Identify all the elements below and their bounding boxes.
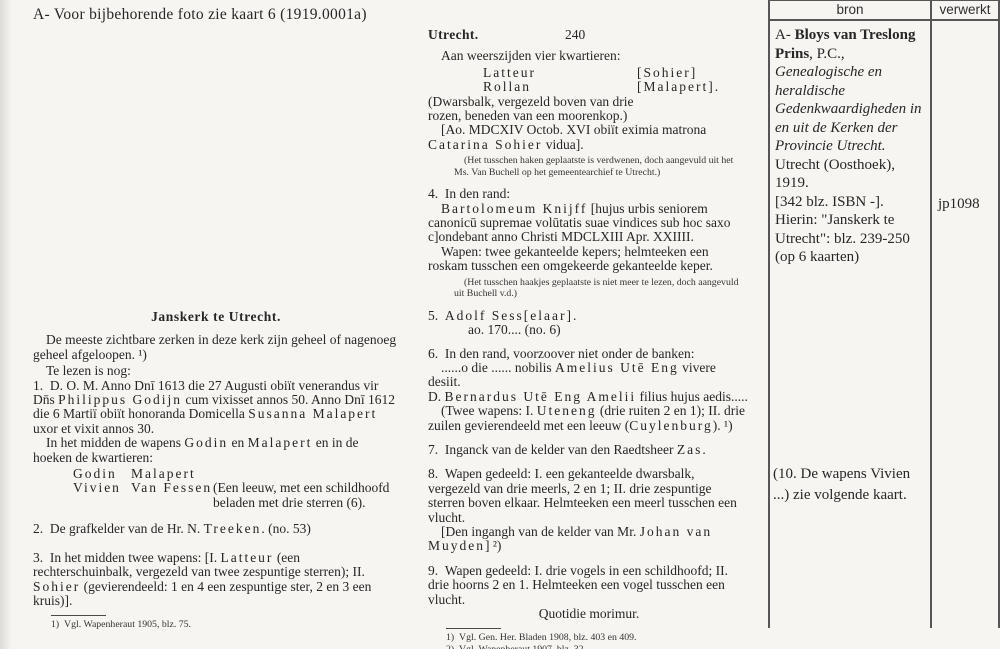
footnote-rule (446, 628, 501, 629)
paragraph: Aan weerszijden vier kwartieren: (428, 49, 750, 63)
text-run: filius hujus aedis..... (636, 389, 748, 404)
left-paragraphs-top: De meeste zichtbare zerken in deze kerk … (33, 333, 399, 465)
quartering-name: [Sohier] (637, 66, 697, 80)
text-run: vidua]. (542, 137, 583, 152)
text-run: D. (428, 389, 445, 404)
text-run: De meeste zichtbare zerken in deze kerk … (33, 332, 396, 361)
place-header: Utrecht. (428, 27, 479, 42)
text-run: (Het tusschen haken geplaatste is verdwe… (454, 155, 733, 178)
quartering-name: Rollan (483, 80, 637, 94)
footnote: 2) Vgl. Wapenheraut 1907, blz. 32. (428, 644, 750, 649)
text-run: , P.C., (809, 46, 844, 62)
text-run: 3. In het midden twee wapens: [I. (33, 550, 220, 565)
page-number: 240 (565, 28, 585, 42)
continuation-note: (10. De wapens Vivien ...) zie volgende … (773, 464, 929, 505)
table-border-top (768, 0, 1000, 1)
text-run: 7. Inganck van de kelder van den Raedtsh… (428, 442, 677, 457)
paragraph: 7. Inganck van de kelder van den Raedtsh… (428, 443, 750, 457)
column-header-bron: bron (770, 2, 930, 17)
text-run: (Het tusschen haakjes geplaatste is niet… (454, 277, 738, 300)
text-run: ] ²) (485, 538, 501, 553)
quarterings-row: Latteur [Sohier] (483, 66, 750, 80)
text-run: . (573, 308, 576, 323)
text-run: en (228, 435, 248, 450)
text-run: . (no. 53) (261, 521, 311, 536)
text-run: (Twee wapens: I. (441, 403, 537, 418)
text-run: Treeken (204, 521, 262, 536)
text-run: 5. (428, 308, 445, 323)
text-run: Malapert (248, 435, 313, 450)
text-run: ). ¹) (713, 418, 733, 433)
footnote-rule (51, 615, 106, 616)
text-run: Utrecht (Oosthoek), 1919. (775, 157, 895, 192)
text-run: Sohier (33, 579, 80, 594)
quartering-name: Vivien (73, 481, 131, 495)
running-header: Utrecht. 240 (428, 28, 750, 42)
footnote: 1) Vgl. Wapenheraut 1905, blz. 75. (33, 619, 399, 631)
paragraph: A- Bloys van Treslong Prins, P.C., Genea… (775, 26, 928, 193)
paragraph: 3. In het midden twee wapens: [I. Latteu… (33, 551, 399, 609)
middle-column: Utrecht. 240 Aan weerszijden vier kwarti… (428, 28, 750, 649)
text-run: ......o die ...... nobilis (441, 360, 555, 375)
paragraph: [Den ingangh van de kelder van Mr. Johan… (428, 525, 750, 554)
paragraph: De meeste zichtbare zerken in deze kerk … (33, 333, 399, 362)
source-citation: A- Bloys van Treslong Prins, P.C., Genea… (775, 26, 928, 267)
text-run: (gevierendeeld: 1 en 4 een zespuntige st… (33, 579, 371, 608)
text-run: Aan weerszijden vier kwartieren: (441, 48, 621, 63)
text-run: Bloys van Treslong Prins (775, 27, 915, 62)
paragraph: (Twee wapens: I. Uteneng (drie ruiten 2 … (428, 404, 750, 433)
text-run: 8. Wapen gedeeld: I. een gekanteelde dwa… (428, 466, 737, 524)
column-header-verwerkt: verwerkt (932, 2, 998, 17)
text-run: Wapen: twee gekanteelde kepers; helmteek… (428, 244, 713, 273)
text-run: Catarina Sohier (428, 137, 542, 152)
text-run: ao. 170.... (no. 6) (468, 322, 561, 337)
text-run: Philippus Godijn (58, 392, 182, 407)
paragraph: (Het tusschen haakjes geplaatste is niet… (428, 277, 750, 300)
quartering-name: Godin (73, 467, 131, 481)
text-run: (Dwarsbalk, vergezeld boven van drie roz… (428, 94, 634, 123)
text-run: [Den ingangh van de kelder van Mr. (441, 524, 640, 539)
text-run: In het midden de wapens (46, 435, 184, 450)
paragraph: [342 blz. ISBN -]. (775, 193, 928, 212)
paragraph: 1. D. O. M. Anno Dnī 1613 die 27 Augusti… (33, 379, 399, 437)
source-panel: bron verwerkt A- Bloys van Treslong Prin… (768, 0, 1000, 649)
text-run: Latteur (220, 550, 273, 565)
quartering-name: Van Fessen (131, 481, 213, 495)
left-column: Janskerk te Utrecht. De meeste zichtbare… (33, 310, 399, 631)
text-run: Amelius Utē Eng (555, 360, 679, 375)
paragraph: 9. Wapen gedeeld: I. drie vogels in een … (428, 564, 750, 607)
paragraph: 8. Wapen gedeeld: I. een gekanteelde dwa… (428, 467, 750, 525)
quartering-name: [Malapert]. (637, 80, 720, 94)
text-run: Bernardus Utē Eng Amelii (445, 389, 637, 404)
text-run: Adolf Sess[elaar] (445, 308, 573, 323)
quartering-name: Latteur (483, 66, 637, 80)
paragraph: ao. 170.... (no. 6) (428, 323, 750, 337)
quarterings-row: Rollan [Malapert]. (483, 80, 750, 94)
table-divider (930, 0, 932, 628)
text-run: Te lezen is nog: (46, 363, 131, 378)
text-run: Godin (184, 435, 228, 450)
quarterings-table: Latteur [Sohier] Rollan [Malapert]. (483, 66, 750, 95)
processing-code: jp1098 (938, 196, 980, 213)
left-paragraphs-bottom: 2. De grafkelder van de Hr. N. Treeken. … (33, 522, 399, 608)
text-run: [Ao. MDCXIV Octob. XVI obiït eximia matr… (441, 122, 706, 137)
paragraph: (Dwarsbalk, vergezeld boven van drie roz… (428, 95, 666, 124)
quarterings-table: Godin Malapert Vivien Van Fessen (Een le… (73, 467, 399, 510)
text-run: Susanna Malapert (248, 406, 377, 421)
paragraph: 4. In den rand: (428, 187, 750, 201)
paragraph: [Ao. MDCXIV Octob. XVI obiït eximia matr… (428, 123, 750, 152)
scanned-card-page: A- Voor bijbehorende foto zie kaart 6 (1… (0, 0, 1000, 649)
text-run: Bartolomeum Knijff (441, 201, 587, 216)
footnote: 1) Vgl. Gen. Her. Bladen 1908, blz. 403 … (428, 632, 750, 644)
paragraph: 5. Adolf Sess[elaar]. (428, 309, 750, 323)
text-run: 9. Wapen gedeeld: I. drie vogels in een … (428, 563, 728, 607)
text-run: Uteneng (537, 403, 597, 418)
table-header-rule (768, 19, 1000, 21)
paragraph: (Het tusschen haken geplaatste is verdwe… (428, 155, 750, 178)
text-run: 2. De grafkelder van de Hr. N. (33, 521, 204, 536)
paragraph: 6. In den rand, voorzoover niet onder de… (428, 347, 750, 361)
quarterings-row: Vivien Van Fessen (Een leeuw, met een sc… (73, 481, 399, 510)
photo-reference-note: A- Voor bijbehorende foto zie kaart 6 (1… (33, 6, 367, 24)
quartering-description: (Een leeuw, met een schildhoofd beladen … (213, 481, 399, 510)
text-run: Quotidie morimur. (539, 606, 640, 621)
section-title: Janskerk te Utrecht. (33, 310, 399, 324)
table-border-left (768, 0, 770, 628)
paragraph: D. Bernardus Utē Eng Amelii filius hujus… (428, 390, 750, 404)
paragraph: Bartolomeum Knijff [hujus urbis seniorem… (428, 202, 750, 245)
text-run: 4. In den rand: (428, 186, 510, 201)
text-run: [342 blz. ISBN -]. (775, 194, 884, 210)
text-run: 6. In den rand, voorzoover niet onder de… (428, 346, 695, 361)
text-run: Hierin: "Janskerk te Utrecht": blz. 239-… (775, 212, 910, 265)
paragraph: Te lezen is nog: (33, 364, 399, 378)
paragraph: ......o die ...... nobilis Amelius Utē E… (428, 361, 750, 390)
text-run: . (702, 442, 705, 457)
text-run: A- (775, 27, 795, 43)
quarterings-row: Godin Malapert (73, 467, 399, 481)
text-run: Genealogische en heraldische Gedenkwaard… (775, 64, 922, 154)
text-run: uxor et vixit annos 30. (33, 421, 154, 436)
text-run: Cuylenburg (629, 418, 713, 433)
middle-paragraphs-body: (Dwarsbalk, vergezeld boven van drie roz… (428, 95, 750, 622)
paragraph: Wapen: twee gekanteelde kepers; helmteek… (428, 245, 750, 274)
paragraph: Quotidie morimur. (428, 607, 750, 621)
text-run: Zas (677, 442, 703, 457)
paragraph: Hierin: "Janskerk te Utrecht": blz. 239-… (775, 211, 928, 267)
paragraph: 2. De grafkelder van de Hr. N. Treeken. … (33, 522, 399, 536)
paragraph: In het midden de wapens Godin en Malaper… (33, 436, 399, 465)
quartering-name: Malapert (131, 467, 213, 481)
middle-paragraphs-top: Aan weerszijden vier kwartieren: (428, 49, 750, 63)
